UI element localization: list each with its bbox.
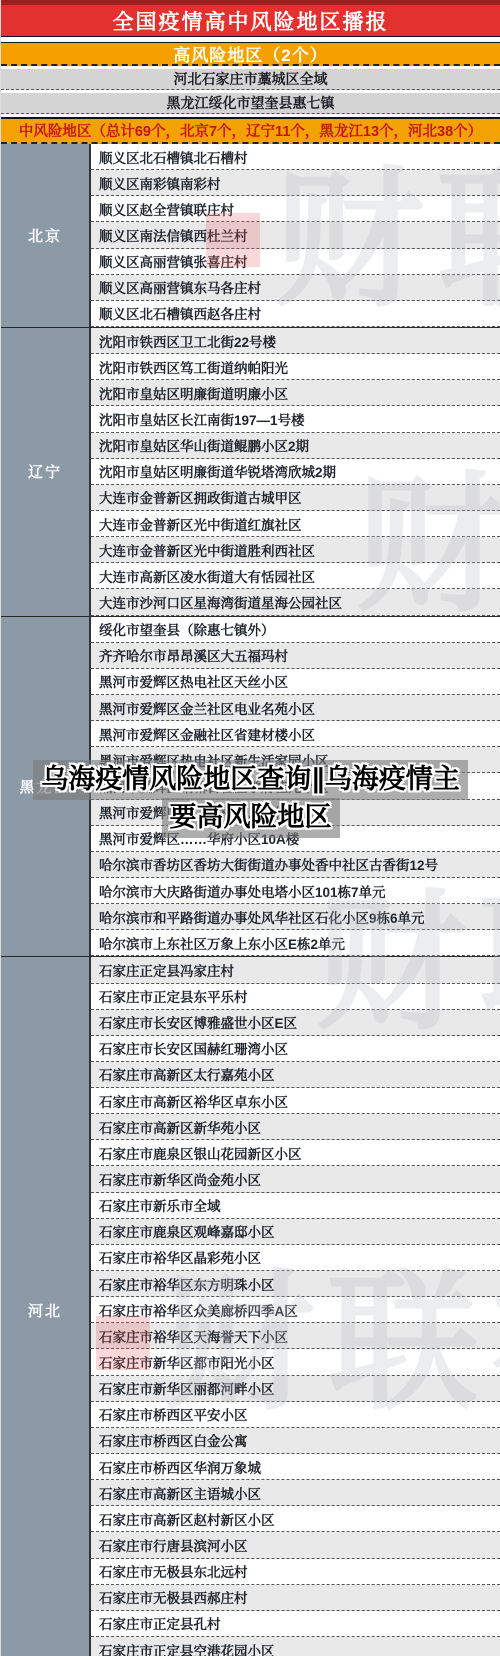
area-row: 沈阳市皇姑区明廉街道明廉小区 — [91, 380, 500, 406]
epidemic-risk-bulletin: 财联社 财联社 财联社 财联社 全国疫情高中风险地区播报 高风险地区（2个） 河… — [0, 0, 500, 1656]
province-section: 黑龙江绥化市望奎县（除惠七镇外）齐齐哈尔市昂昂溪区大五福玛村黑河市爱辉区热电社区… — [1, 616, 500, 957]
province-section: 北京顺义区北石槽镇北石槽村顺义区南彩镇南彩村顺义区赵全营镇联庄村顺义区南法信镇西… — [1, 144, 500, 327]
area-row: 石家庄市高新区主语城小区 — [91, 1480, 500, 1506]
area-row: 石家庄市新乐市全域 — [91, 1193, 500, 1219]
area-rows: 顺义区北石槽镇北石槽村顺义区南彩镇南彩村顺义区赵全营镇联庄村顺义区南法信镇西杜兰… — [91, 144, 500, 327]
area-row: 顺义区南法信镇西杜兰村 — [91, 222, 500, 248]
area-row: 黑河市爱辉区热电社区天丝小区 — [91, 669, 500, 695]
area-row: 哈尔滨市大庆路街道办事处电塔小区101栋7单元 — [91, 878, 500, 904]
area-rows: 绥化市望奎县（除惠七镇外）齐齐哈尔市昂昂溪区大五福玛村黑河市爱辉区热电社区天丝小… — [91, 617, 500, 957]
area-row: 石家庄市桥西区华润万象城 — [91, 1454, 500, 1480]
area-row: 石家庄市长安区博雅盛世小区E区 — [91, 1010, 500, 1036]
area-row: 石家庄市鹿泉区银山花园新区小区 — [91, 1140, 500, 1166]
area-row: 石家庄正定县冯家庄村 — [91, 957, 500, 983]
area-row: 沈阳市皇姑区明廉街道华锐塔湾欣城2期 — [91, 459, 500, 485]
area-row: 石家庄市新华区丽都河畔小区 — [91, 1376, 500, 1402]
area-row: 沈阳市皇姑区华山街道鲲鹏小区2期 — [91, 433, 500, 459]
area-rows: 石家庄正定县冯家庄村石家庄市正定县东平乐村石家庄市长安区博雅盛世小区E区石家庄市… — [91, 957, 500, 1656]
area-row: 石家庄市无极县西郝庄村 — [91, 1585, 500, 1611]
province-label: 黑龙江 — [1, 617, 91, 957]
area-row: 石家庄市裕华区晶彩苑小区 — [91, 1245, 500, 1271]
area-row: 顺义区高丽营镇张喜庄村 — [91, 249, 500, 275]
area-row: 黑河市爱辉区金融社区省建材楼小区 — [91, 721, 500, 747]
area-row: 黑河市爱辉区……华府小区10A楼 — [91, 826, 500, 852]
area-row: 石家庄市正定县东平乐村 — [91, 984, 500, 1010]
area-row: 黑河市爱辉区金兰社区电业名苑小区 — [91, 695, 500, 721]
area-row: 石家庄市桥西区白金公寓 — [91, 1428, 500, 1454]
area-rows: 沈阳市铁西区卫工北街22号楼沈阳市铁西区笃工街道纳帕阳光沈阳市皇姑区明廉街道明廉… — [91, 328, 500, 616]
high-risk-header: 高风险地区（2个） — [1, 43, 500, 66]
area-row: 石家庄市新华区都市阳光小区 — [91, 1349, 500, 1375]
area-row: 大连市高新区凌水街道大有恬园社区 — [91, 563, 500, 589]
area-row: 顺义区赵全营镇联庄村 — [91, 196, 500, 222]
area-row: 哈尔滨市上东社区万象上东小区E栋2单元 — [91, 930, 500, 956]
area-row: 石家庄市裕华区东方明珠小区 — [91, 1271, 500, 1297]
area-row: 石家庄市鹿泉区观峰嘉邸小区 — [91, 1219, 500, 1245]
area-row: 齐齐哈尔市昂昂溪区大五福玛村 — [91, 643, 500, 669]
area-row: 石家庄市裕华区众美廊桥四季A区 — [91, 1297, 500, 1323]
area-row: 黑河市爱辉区热电社区新生活家园小区 — [91, 747, 500, 773]
area-row: 石家庄市行唐县滨河小区 — [91, 1532, 500, 1558]
high-risk-area: 河北石家庄市藁城区全域 — [1, 69, 500, 90]
area-row: 石家庄市桥西区平安小区 — [91, 1402, 500, 1428]
area-row: 石家庄市裕华区天海誉天下小区 — [91, 1323, 500, 1349]
area-row: 沈阳市皇姑区长江南街197—1号楼 — [91, 406, 500, 432]
province-label: 北京 — [1, 144, 91, 327]
area-row: 顺义区北石槽镇西赵各庄村 — [91, 301, 500, 327]
area-row: 石家庄市长安区国赫红珊湾小区 — [91, 1036, 500, 1062]
area-row: 绥化市望奎县（除惠七镇外） — [91, 617, 500, 643]
medium-risk-header: 中风险地区（总计69个，北京7个，辽宁11个，黑龙江13个，河北38个） — [1, 117, 500, 144]
area-row: 大连市金普新区光中街道胜利西社区 — [91, 537, 500, 563]
area-row: 黑河市爱辉区……资楼……号楼 — [91, 800, 500, 826]
high-risk-area: 黑龙江绥化市望奎县惠七镇 — [1, 93, 500, 114]
province-section: 河北石家庄正定县冯家庄村石家庄市正定县东平乐村石家庄市长安区博雅盛世小区E区石家… — [1, 956, 500, 1656]
area-row: 沈阳市铁西区笃工街道纳帕阳光 — [91, 354, 500, 380]
province-label: 辽宁 — [1, 328, 91, 616]
province-label: 河北 — [1, 957, 91, 1656]
area-row: 石家庄市正定县孔村 — [91, 1611, 500, 1637]
area-row: 哈尔滨市和平路街道办事处风华社区石化小区9栋6单元 — [91, 904, 500, 930]
area-row: 石家庄市高新区裕华区卓东小区 — [91, 1088, 500, 1114]
area-row: 石家庄市高新区新华苑小区 — [91, 1114, 500, 1140]
area-row: 哈尔滨市香坊区香坊大街街道办事处香中社区古香街12号 — [91, 852, 500, 878]
area-row: 石家庄市高新区太行嘉苑小区 — [91, 1062, 500, 1088]
area-row: 顺义区高丽营镇东马各庄村 — [91, 275, 500, 301]
area-row: 大连市金普新区光中街道红旗社区 — [91, 511, 500, 537]
area-row: 顺义区北石槽镇北石槽村 — [91, 144, 500, 170]
area-row: 顺义区南彩镇南彩村 — [91, 170, 500, 196]
area-row: 石家庄市高新区赵村新区小区 — [91, 1506, 500, 1532]
page-title: 全国疫情高中风险地区播报 — [1, 0, 500, 36]
area-row: 大连市金普新区拥政街道古城甲区 — [91, 485, 500, 511]
area-row: 沈阳市铁西区卫工北街22号楼 — [91, 328, 500, 354]
medium-risk-table: 北京顺义区北石槽镇北石槽村顺义区南彩镇南彩村顺义区赵全营镇联庄村顺义区南法信镇西… — [1, 144, 500, 1656]
area-row: 石家庄市正定县空港花园小区 — [91, 1637, 500, 1656]
area-row: 大连市沙河口区星海湾街道星海公园社区 — [91, 589, 500, 615]
area-row: 石家庄市新华区尚金苑小区 — [91, 1166, 500, 1192]
area-row: 石家庄市无极县东北远村 — [91, 1559, 500, 1585]
province-section: 辽宁沈阳市铁西区卫工北街22号楼沈阳市铁西区笃工街道纳帕阳光沈阳市皇姑区明廉街道… — [1, 327, 500, 616]
area-row: 黑河市爱辉区喇嘛台社区学府佳苑小区 — [91, 773, 500, 799]
